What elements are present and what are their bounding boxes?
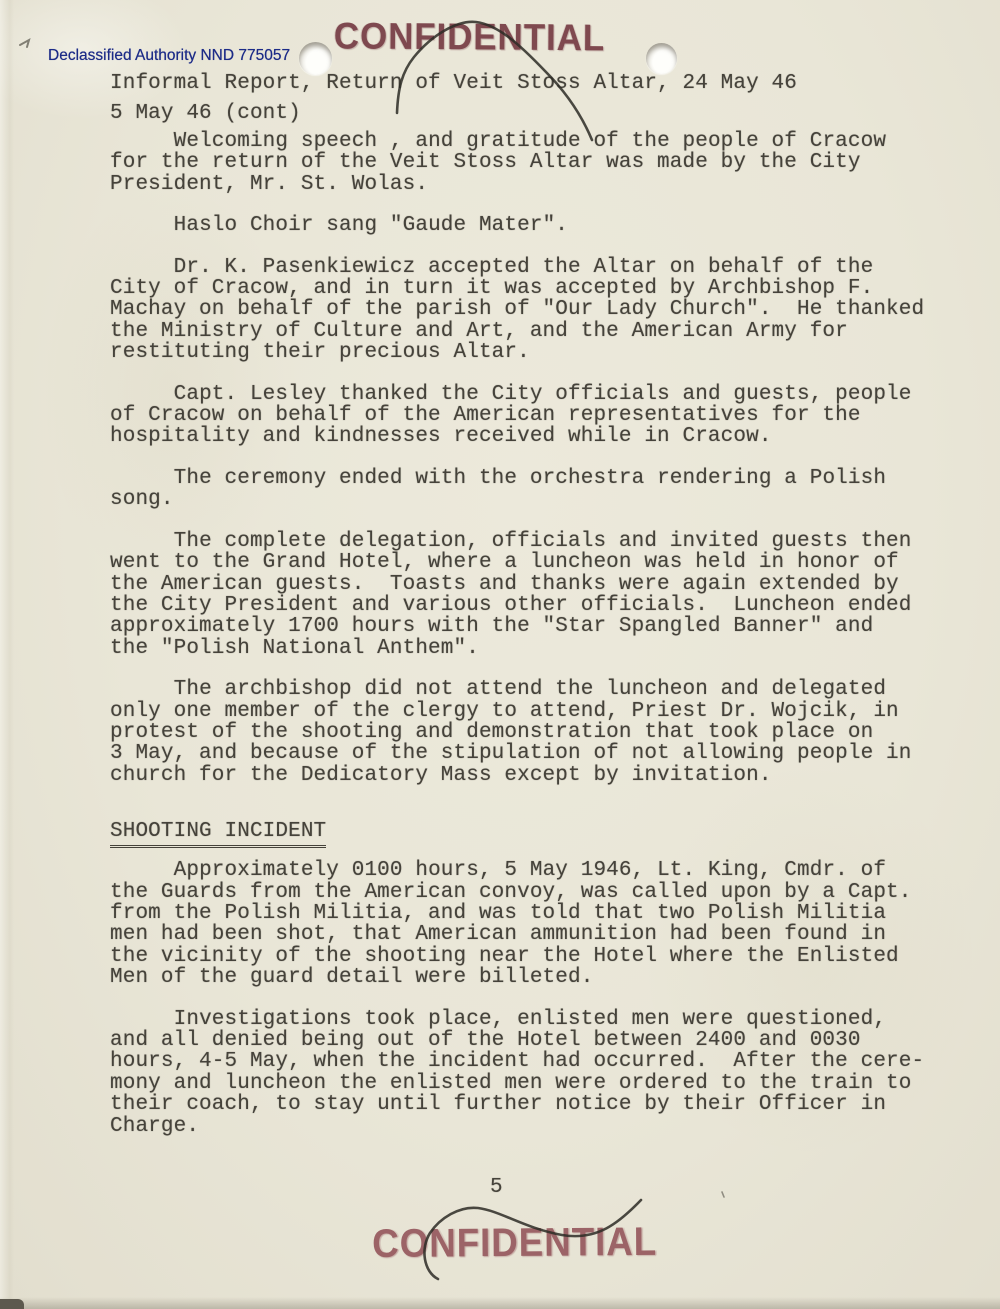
- paragraph: Investigations took place, enlisted men …: [110, 1009, 950, 1137]
- report-title-line: Informal Report, Return of Veit Stoss Al…: [110, 69, 950, 99]
- report-date-line: 5 May 46 (cont): [110, 99, 950, 129]
- confidential-stamp-bottom: CONFIDENTIAL: [372, 1220, 657, 1267]
- paragraph: Dr. K. Pasenkiewicz accepted the Altar o…: [110, 257, 950, 364]
- paragraph: The ceremony ended with the orchestra re…: [110, 468, 950, 511]
- paragraph: Haslo Choir sang "Gaude Mater".: [110, 215, 950, 236]
- confidential-stamp-top: CONFIDENTIAL: [334, 16, 606, 60]
- paragraph: Capt. Lesley thanked the City officials …: [110, 384, 950, 448]
- paragraph: The complete delegation, officials and i…: [110, 531, 950, 659]
- typewritten-content: Informal Report, Return of Veit Stoss Al…: [110, 69, 950, 1137]
- paragraph: The archbishop did not attend the lunche…: [110, 679, 950, 786]
- document-page: CONFIDENTIAL Declassified Authority NND …: [0, 0, 1000, 1309]
- paper-corner-shadow: [0, 1299, 24, 1309]
- paper-left-edge: [0, 0, 14, 1309]
- paragraph: Approximately 0100 hours, 5 May 1946, Lt…: [110, 860, 950, 988]
- paragraph: Welcoming speech , and gratitude of the …: [110, 131, 950, 195]
- pen-squiggle-top-left: [20, 40, 29, 47]
- paper-bottom-edge: [0, 1297, 1000, 1309]
- ink-speck: [722, 1192, 724, 1197]
- page-number: 5: [490, 1176, 503, 1199]
- section-heading-shooting-incident: SHOOTING INCIDENT: [110, 821, 950, 843]
- report-header: Informal Report, Return of Veit Stoss Al…: [110, 69, 950, 129]
- declassified-authority-note: Declassified Authority NND 775057: [48, 47, 290, 65]
